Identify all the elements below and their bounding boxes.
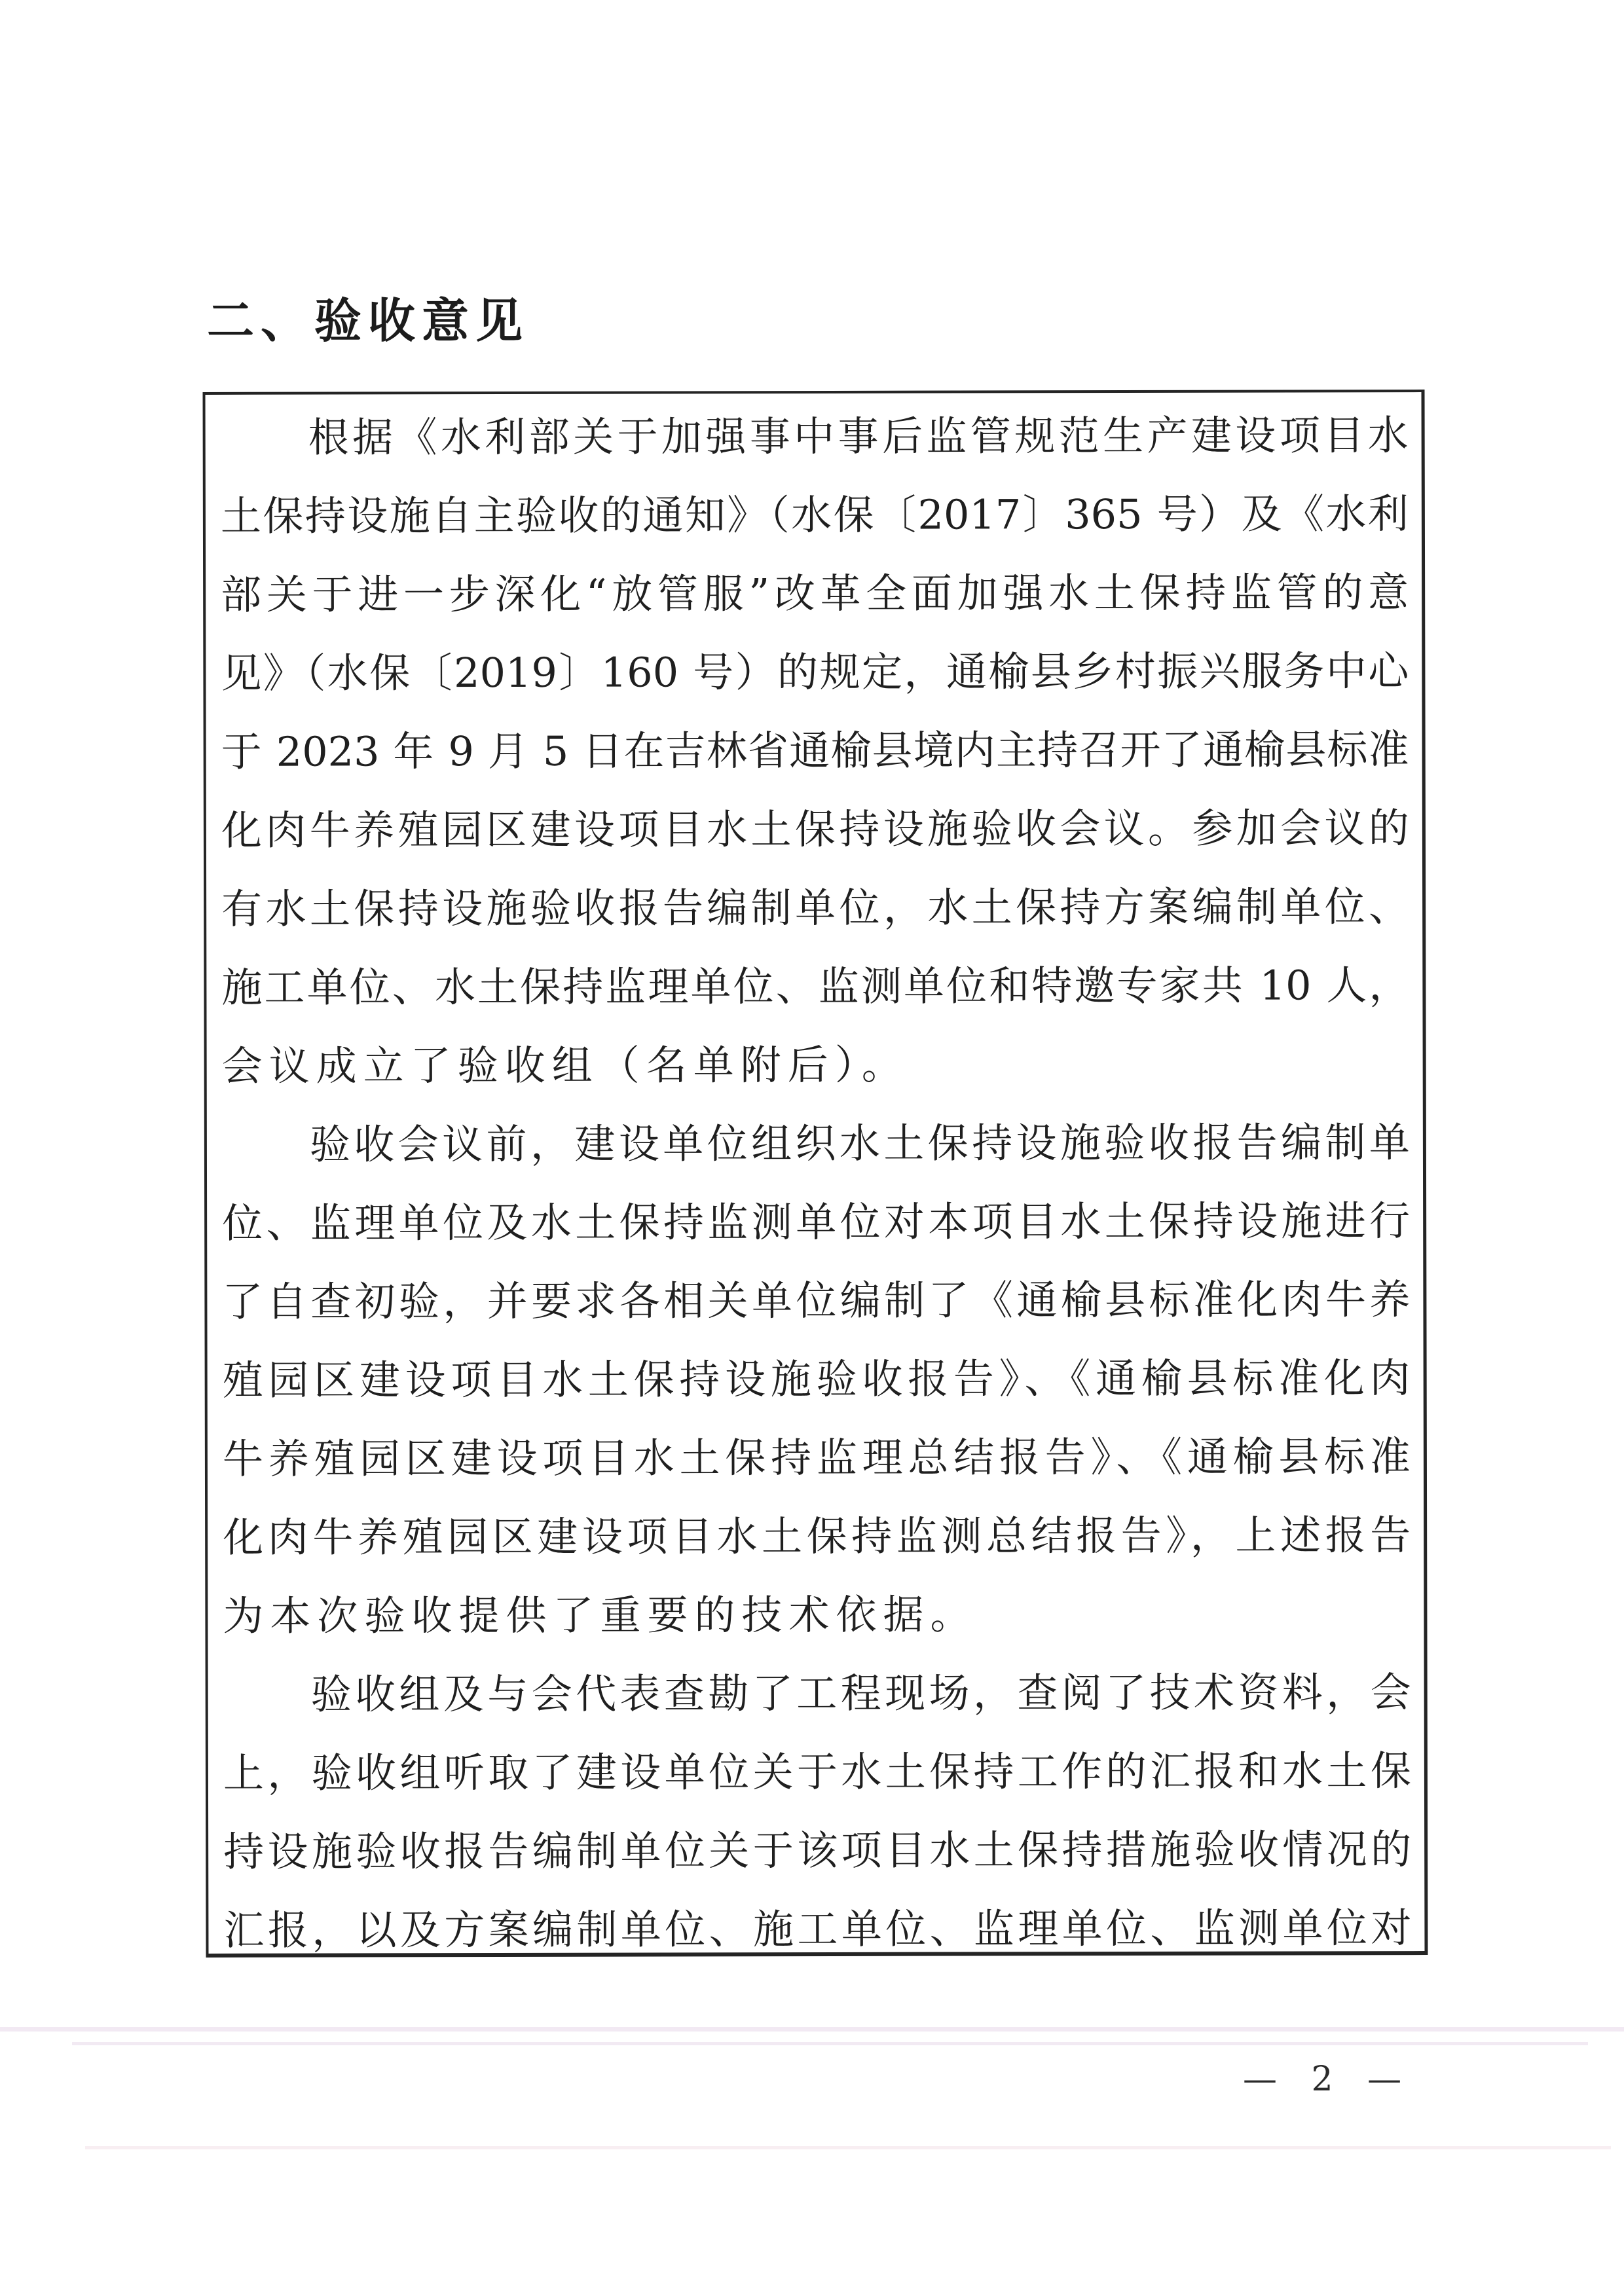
text-line: 验收组及与会代表查勘了工程现场，查阅了技术资料，会 bbox=[223, 1653, 1411, 1734]
text-line: 为本次验收提供了重要的技术依据。 bbox=[223, 1575, 1411, 1656]
content-box: 根据《水利部关于加强事中事后监管规范生产建设项目水 土保持设施自主验收的通知》（… bbox=[202, 390, 1428, 1958]
text-line: 殖园区建设项目水土保持设施验收报告》、《通榆县标准化肉 bbox=[223, 1339, 1411, 1420]
scan-artifact-streak bbox=[85, 2146, 1611, 2149]
scan-artifact-streak bbox=[72, 2042, 1588, 2045]
text-line: 有水土保持设施验收报告编制单位，水土保持方案编制单位、 bbox=[221, 867, 1409, 949]
text-line: 会议成立了验收组（名单附后）。 bbox=[222, 1025, 1410, 1106]
text-line: 汇报，以及方案编制单位、施工单位、监理单位、监测单位对 bbox=[223, 1889, 1411, 1954]
section-heading: 二、验收意见 bbox=[207, 293, 529, 348]
text-line: 上，验收组听取了建设单位关于水土保持工作的汇报和水土保 bbox=[223, 1732, 1411, 1813]
scan-artifact-streak bbox=[0, 2027, 1624, 2032]
text-line: 根据《水利部关于加强事中事后监管规范生产建设项目水 bbox=[221, 396, 1409, 477]
text-line: 验收会议前，建设单位组织水土保持设施验收报告编制单 bbox=[222, 1103, 1410, 1184]
text-line: 位、监理单位及水土保持监测单位对本项目水土保持设施进行 bbox=[222, 1182, 1410, 1263]
text-line: 见》（水保〔2019〕160 号）的规定，通榆县乡村振兴服务中心 bbox=[221, 632, 1409, 713]
text-line: 持设施验收报告编制单位关于该项目水土保持措施验收情况的 bbox=[223, 1810, 1411, 1891]
text-line: 化肉牛养殖园区建设项目水土保持监测总结报告》，上述报告 bbox=[223, 1496, 1411, 1577]
text-line: 土保持设施自主验收的通知》（水保〔2017〕365 号）及《水利 bbox=[221, 475, 1409, 556]
page-number: — 2 — bbox=[1243, 2060, 1413, 2099]
text-line: 于 2023 年 9 月 5 日在吉林省通榆县境内主持召开了通榆县标准 bbox=[221, 710, 1409, 792]
content-box-text: 根据《水利部关于加强事中事后监管规范生产建设项目水 土保持设施自主验收的通知》（… bbox=[206, 392, 1425, 1954]
text-line: 了自查初验，并要求各相关单位编制了《通榆县标准化肉牛养 bbox=[222, 1260, 1410, 1341]
text-line: 施工单位、水土保持监理单位、监测单位和特邀专家共 10 人， bbox=[221, 946, 1409, 1027]
text-line: 部关于进一步深化“放管服”改革全面加强水土保持监管的意 bbox=[221, 553, 1409, 634]
text-line: 牛养殖园区建设项目水土保持监理总结报告》、《通榆县标准 bbox=[223, 1417, 1411, 1499]
document-page: 二、验收意见 根据《水利部关于加强事中事后监管规范生产建设项目水 土保持设施自主… bbox=[0, 0, 1624, 2296]
text-line: 化肉牛养殖园区建设项目水土保持设施验收会议。参加会议的 bbox=[221, 789, 1409, 870]
